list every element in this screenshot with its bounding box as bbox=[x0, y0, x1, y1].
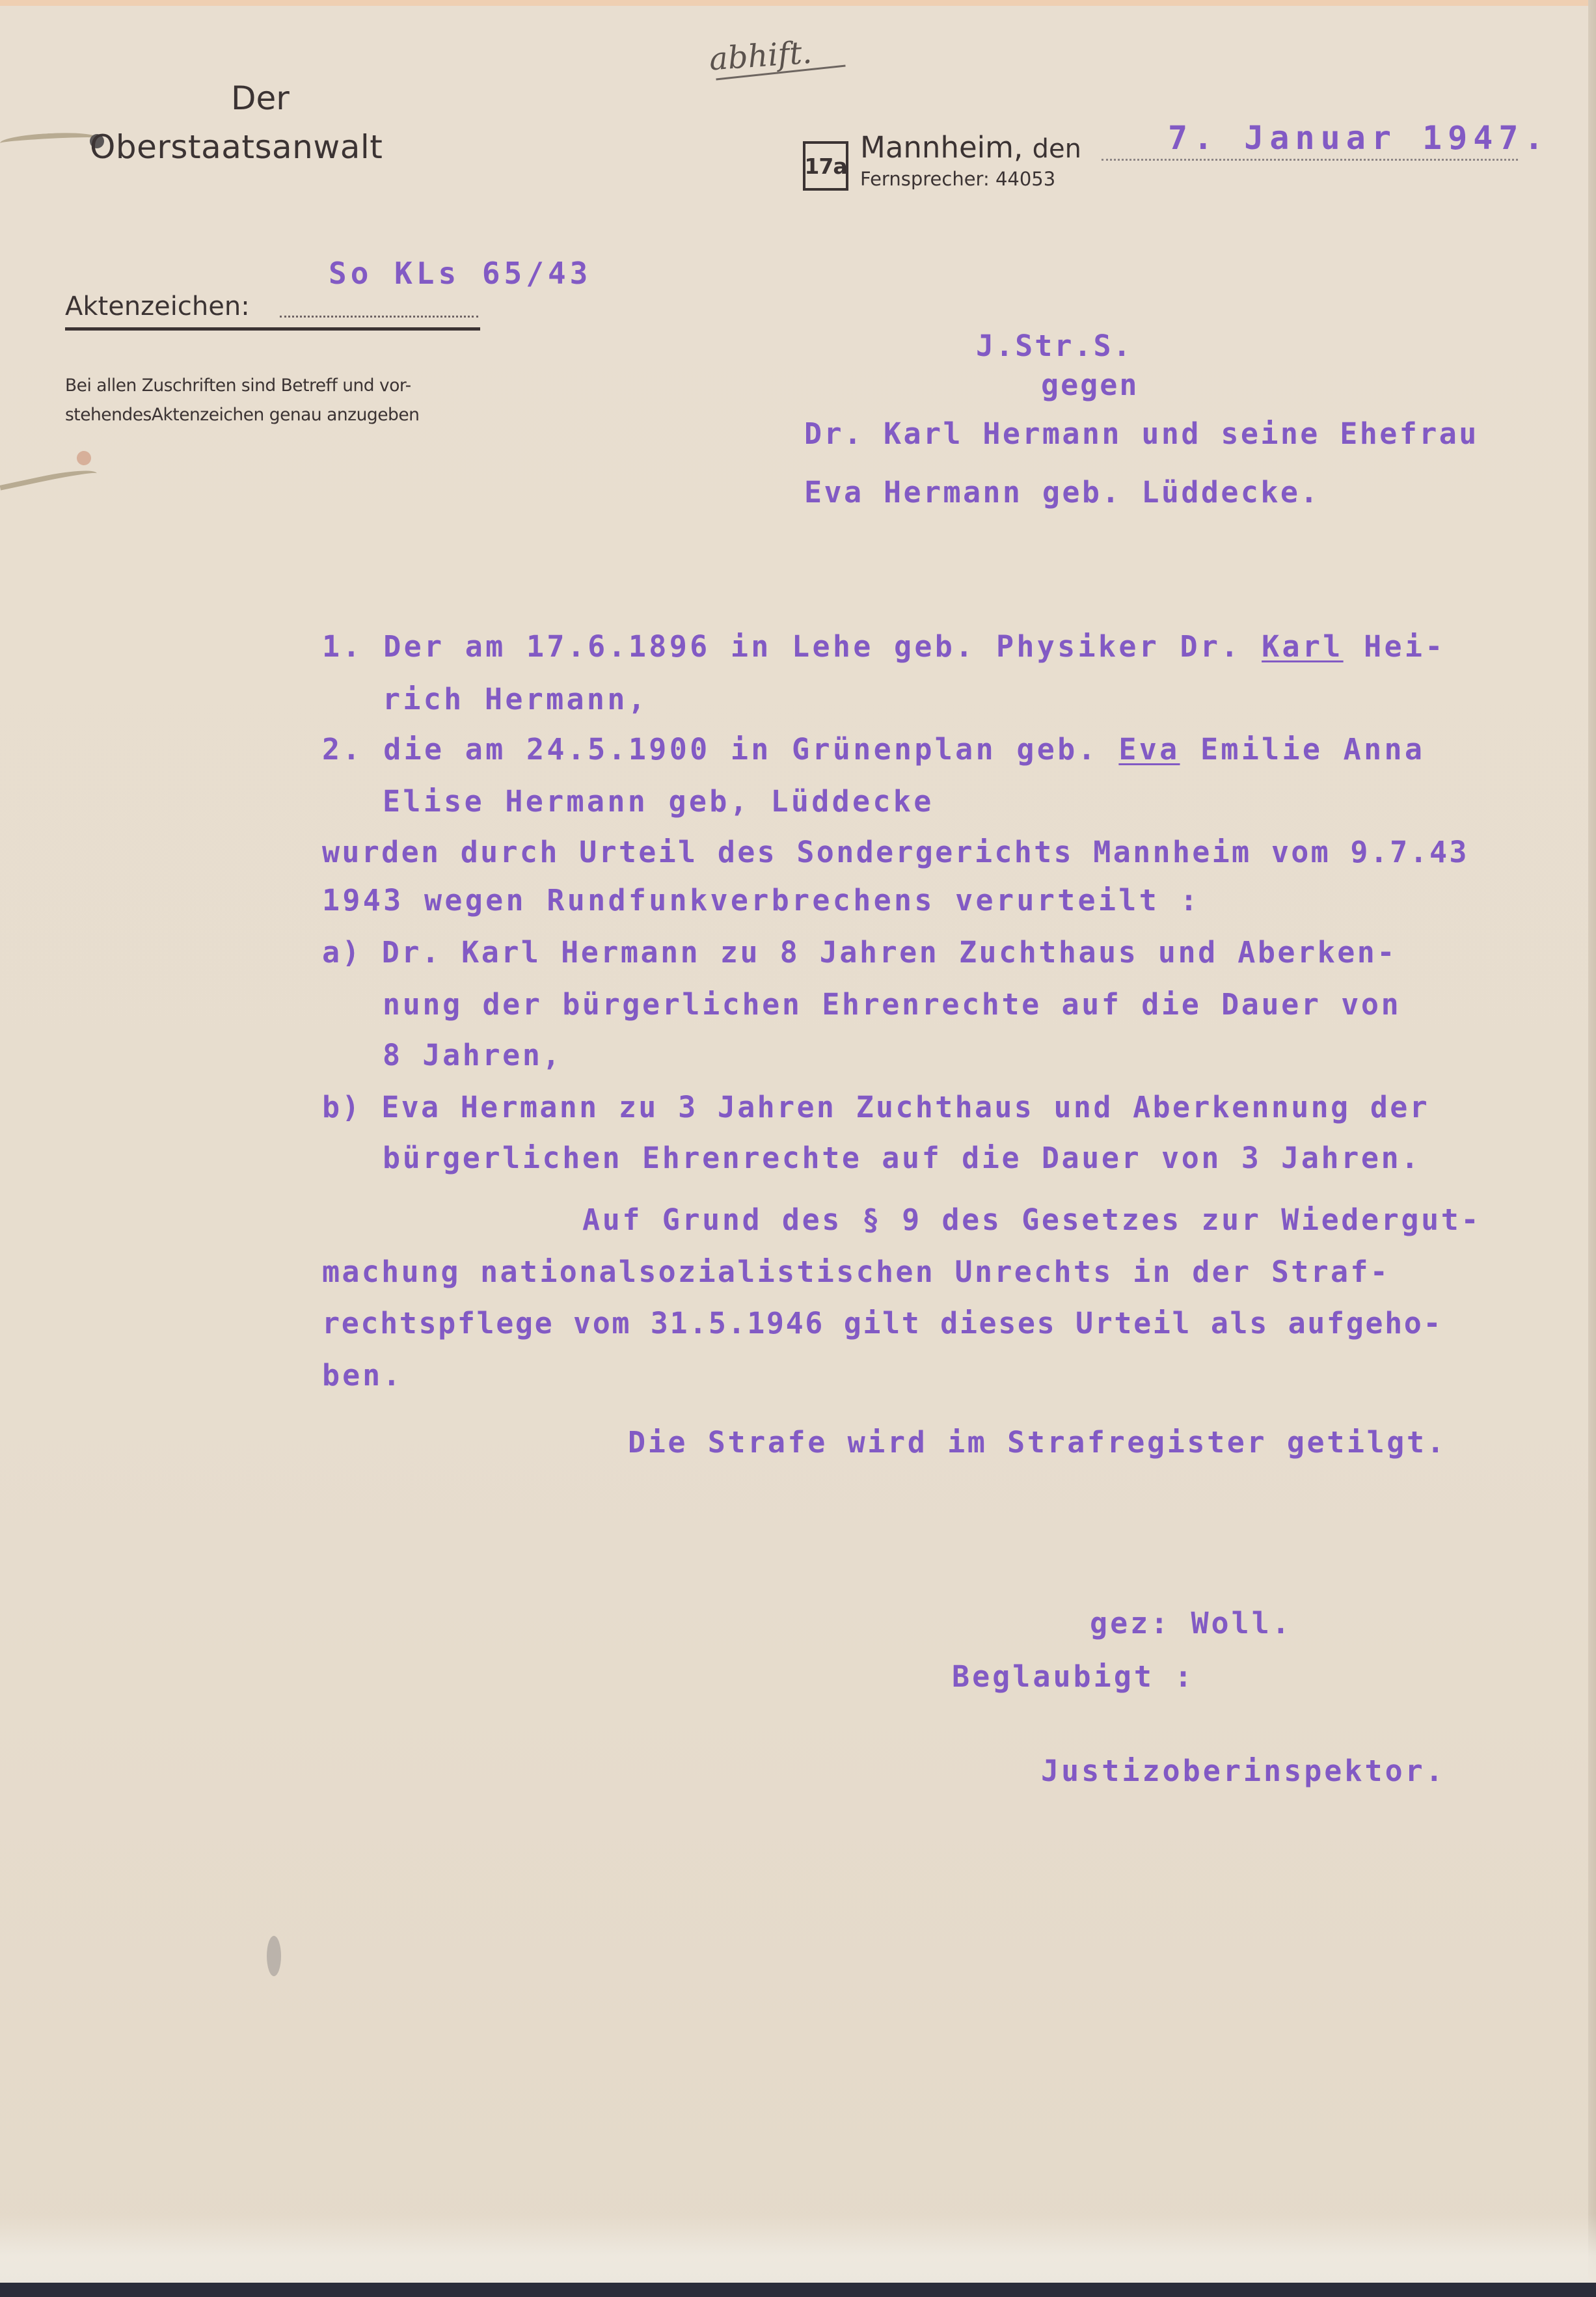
para-line3: rechtspflege vom 31.5.1946 gilt dieses U… bbox=[322, 1306, 1442, 1340]
binding-string-icon bbox=[0, 465, 98, 500]
item2-text-b: Emilie Anna bbox=[1200, 732, 1425, 767]
para-line1: Auf Grund des § 9 des Gesetzes zur Wiede… bbox=[582, 1203, 1481, 1237]
item2-line1: 2. die am 24.5.1900 in Grünenplan geb. E… bbox=[322, 732, 1425, 767]
subject-line1: J.Str.S. bbox=[976, 329, 1133, 363]
ink-smudge bbox=[267, 1936, 281, 1976]
verdict-line2: 1943 wegen Rundfunkverbrechens verurteil… bbox=[322, 883, 1200, 917]
paper-top-edge bbox=[0, 0, 1596, 6]
subject-line3: Dr. Karl Hermann und seine Ehefrau bbox=[804, 416, 1479, 451]
typed-date: 7. Januar 1947. bbox=[1168, 119, 1550, 157]
sub-b-line2: bürgerlichen Ehrenrechte auf die Dauer v… bbox=[383, 1141, 1421, 1175]
closing-sentence: Die Strafe wird im Strafregister getilgt… bbox=[628, 1425, 1446, 1460]
para-line4: ben. bbox=[322, 1358, 403, 1393]
scan-background bbox=[0, 2283, 1596, 2297]
subject-line4: Eva Hermann geb. Lüddecke. bbox=[804, 475, 1320, 510]
typed-file-number: So KLs 65/43 bbox=[329, 256, 591, 291]
item1-underlined-name: Karl bbox=[1262, 629, 1344, 664]
sub-b-text: Eva Hermann zu 3 Jahren Zuchthaus und Ab… bbox=[381, 1090, 1429, 1124]
binding-string-icon bbox=[0, 131, 98, 150]
item1-line1: 1. Der am 17.6.1896 in Lehe geb. Physike… bbox=[322, 629, 1446, 664]
file-ref-label: Aktenzeichen: bbox=[65, 292, 250, 321]
paper-right-edge bbox=[1588, 0, 1596, 2297]
subject-line2: gegen bbox=[1041, 368, 1139, 402]
item1-line2: rich Hermann, bbox=[383, 682, 648, 716]
item2-line2: Elise Hermann geb, Lüddecke bbox=[383, 784, 934, 819]
letterhead-city: Mannheim, den bbox=[860, 130, 1081, 165]
date-dotted-line bbox=[1102, 159, 1518, 161]
letterhead-note-line1: Bei allen Zuschriften sind Betreff und v… bbox=[65, 375, 411, 396]
letterhead-office-line2: Oberstaatsanwalt bbox=[90, 128, 383, 166]
file-ref-rule bbox=[65, 327, 480, 331]
item1-number: 1. bbox=[322, 629, 363, 664]
item1-text-b: Hei- bbox=[1364, 629, 1446, 664]
verdict-line1: wurden durch Urteil des Sondergerichts M… bbox=[322, 835, 1469, 869]
item2-underlined-name: Eva bbox=[1118, 732, 1180, 767]
paper-frayed-edge bbox=[0, 2214, 1596, 2285]
item1-text-a: Der am 17.6.1896 in Lehe geb. Physiker D… bbox=[383, 629, 1241, 664]
sub-b-label: b) bbox=[322, 1090, 362, 1124]
sub-a-text: Dr. Karl Hermann zu 8 Jahren Zuchthaus u… bbox=[382, 935, 1397, 970]
sub-a-line3: 8 Jahren, bbox=[383, 1038, 562, 1072]
signature-certified: Beglaubigt : bbox=[952, 1659, 1195, 1694]
sub-a-label: a) bbox=[322, 935, 362, 970]
document-page: abhift. Der Oberstaatsanwalt 17a Mannhei… bbox=[0, 0, 1596, 2297]
item2-text-a: die am 24.5.1900 in Grünenplan geb. bbox=[383, 732, 1098, 767]
sub-b-line1: b) Eva Hermann zu 3 Jahren Zuchthaus und… bbox=[322, 1090, 1429, 1124]
signature-title: Justizoberinspektor. bbox=[1041, 1754, 1446, 1788]
letterhead-note-line2: stehendesAktenzeichen genau anzugeben bbox=[65, 405, 419, 425]
signature-signed: gez: Woll. bbox=[1090, 1606, 1292, 1640]
punch-hole-icon bbox=[77, 451, 91, 465]
sub-a-line2: nung der bürgerlichen Ehrenrechte auf di… bbox=[383, 987, 1401, 1022]
item2-number: 2. bbox=[322, 732, 363, 767]
city-suffix: den bbox=[1033, 134, 1081, 164]
letterhead-box-number: 17a bbox=[803, 141, 848, 191]
para-line2: machung nationalsozialistischen Unrechts… bbox=[322, 1255, 1390, 1289]
letterhead-phone: Fernsprecher: 44053 bbox=[860, 168, 1055, 190]
file-ref-dotted-line bbox=[280, 316, 478, 318]
letterhead-office-line1: Der bbox=[231, 79, 290, 117]
city-name: Mannheim, bbox=[860, 130, 1023, 165]
sub-a-line1: a) Dr. Karl Hermann zu 8 Jahren Zuchthau… bbox=[322, 935, 1397, 970]
